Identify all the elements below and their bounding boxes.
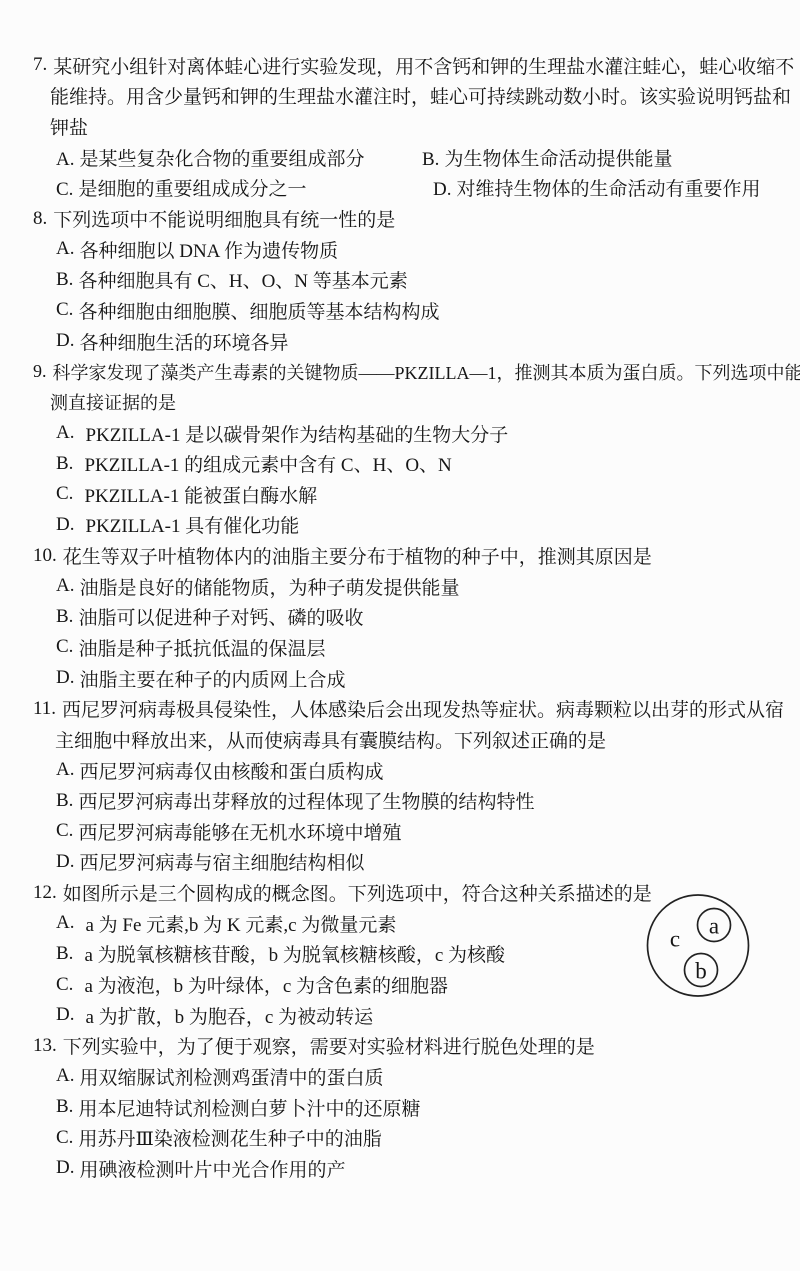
- option-text: 西尼罗河病毒能够在无机水环境中增殖: [78, 818, 401, 845]
- question-11-number: 11.: [33, 698, 56, 720]
- option-label: B.: [56, 453, 73, 475]
- question-7-stem-text: 某研究小组针对离体蛙心进行实验发现，用不含钙和钾的生理盐水灌注蛙心，蛙心收缩不: [53, 52, 794, 79]
- option-label: D.: [56, 1157, 74, 1179]
- option-text: a 为 Fe 元素,b 为 K 元素,c 为微量元素: [85, 910, 396, 937]
- question-10-stem-text: 花生等双子叶植物体内的油脂主要分布于植物的种子中，推测其原因是: [63, 542, 652, 569]
- question-7-option-c: C.是细胞的重要组成成分之一: [56, 174, 433, 201]
- question-13-option-c: C.用苏丹Ⅲ染液检测花生种子中的油脂: [0, 1122, 800, 1153]
- option-label: D.: [56, 1004, 74, 1026]
- option-label: C.: [56, 820, 73, 842]
- option-text: PKZILLA-1 的组成元素中含有 C、H、O、N: [84, 450, 451, 477]
- option-text: 用本尼迪特试剂检测白萝卜汁中的还原糖: [78, 1094, 420, 1121]
- option-text: 油脂是良好的储能物质，为种子萌发提供能量: [79, 573, 459, 600]
- question-11-option-c: C.西尼罗河病毒能够在无机水环境中增殖: [0, 816, 800, 847]
- question-10-option-d: D.油脂主要在种子的内质网上合成: [0, 663, 800, 694]
- question-8-number: 8.: [33, 208, 47, 230]
- question-7-number: 7.: [33, 54, 47, 76]
- question-10-number: 10.: [33, 545, 57, 567]
- option-label: A.: [56, 422, 74, 444]
- question-7-stem-line-3: 钾盐: [0, 111, 800, 142]
- question-8-option-c: C.各种细胞由细胞膜、细胞质等基本结构构成: [0, 295, 800, 326]
- option-text: 各种细胞以 DNA 作为遗传物质: [79, 236, 338, 263]
- question-9-stem-line-2: 测直接证据的是: [0, 387, 800, 418]
- option-text: 油脂是种子抵抗低温的保温层: [78, 634, 325, 661]
- option-label: D.: [56, 514, 74, 536]
- question-13-option-d: D.用碘液检测叶片中光合作用的产: [0, 1153, 800, 1184]
- question-13-stem-text: 下列实验中，为了便于观察，需要对实验材料进行脱色处理的是: [63, 1032, 595, 1059]
- question-8-option-a: A.各种细胞以 DNA 作为遗传物质: [0, 234, 800, 265]
- option-text: 对维持生物体的生命活动有重要作用: [456, 174, 760, 201]
- option-text: a 为扩散，b 为胞吞，c 为被动转运: [85, 1002, 373, 1029]
- option-label: A.: [56, 1065, 74, 1087]
- question-7: 7.某研究小组针对离体蛙心进行实验发现，用不含钙和钾的生理盐水灌注蛙心，蛙心收缩…: [0, 50, 800, 203]
- label-a: a: [709, 914, 719, 939]
- question-9-stem-line-1: 9.科学家发现了藻类产生毒素的关键物质——PKZILLA—1，推测其本质为蛋白质…: [0, 356, 800, 387]
- question-13-option-a: A.用双缩脲试剂检测鸡蛋清中的蛋白质: [0, 1061, 800, 1092]
- question-7-stem-line-2: 能维持。用含少量钙和钾的生理盐水灌注时，蛙心可持续跳动数小时。该实验说明钙盐和: [0, 81, 800, 112]
- question-7-options-row-2: C.是细胞的重要组成成分之一 D.对维持生物体的生命活动有重要作用: [0, 173, 800, 204]
- option-label: D.: [56, 667, 74, 689]
- option-label: D.: [433, 179, 451, 201]
- question-10-stem-line-1: 10.花生等双子叶植物体内的油脂主要分布于植物的种子中，推测其原因是: [0, 540, 800, 571]
- concept-circles-diagram: c a b: [645, 892, 751, 1000]
- question-7-stem-line-1: 7.某研究小组针对离体蛙心进行实验发现，用不含钙和钾的生理盐水灌注蛙心，蛙心收缩…: [0, 50, 800, 81]
- option-text: 西尼罗河病毒仅由核酸和蛋白质构成: [79, 757, 383, 784]
- option-label: A.: [56, 759, 74, 781]
- question-9: 9.科学家发现了藻类产生毒素的关键物质——PKZILLA—1，推测其本质为蛋白质…: [0, 356, 800, 540]
- option-label: B.: [56, 1096, 73, 1118]
- question-8-stem-line-1: 8.下列选项中不能说明细胞具有统一性的是: [0, 203, 800, 234]
- option-label: C.: [56, 483, 73, 505]
- question-11: 11.西尼罗河病毒极具侵染性，人体感染后会出现发热等症状。病毒颗粒以出芽的形式从…: [0, 693, 800, 877]
- option-label: A.: [56, 912, 74, 934]
- question-9-option-b: B.PKZILLA-1 的组成元素中含有 C、H、O、N: [0, 448, 800, 479]
- question-13-option-b: B.用本尼迪特试剂检测白萝卜汁中的还原糖: [0, 1092, 800, 1123]
- option-label: B.: [56, 943, 73, 965]
- option-label: A.: [56, 238, 74, 260]
- exam-page: 7.某研究小组针对离体蛙心进行实验发现，用不含钙和钾的生理盐水灌注蛙心，蛙心收缩…: [0, 0, 800, 1271]
- option-text: PKZILLA-1 是以碳骨架作为结构基础的生物大分子: [85, 420, 508, 447]
- option-text: 是细胞的重要组成成分之一: [78, 174, 306, 201]
- option-label: C.: [56, 974, 73, 996]
- question-10: 10.花生等双子叶植物体内的油脂主要分布于植物的种子中，推测其原因是 A.油脂是…: [0, 540, 800, 693]
- option-text: PKZILLA-1 能被蛋白酶水解: [84, 481, 317, 508]
- option-label: B.: [56, 606, 73, 628]
- option-label: B.: [422, 149, 439, 171]
- question-10-option-b: B.油脂可以促进种子对钙、磷的吸收: [0, 602, 800, 633]
- option-text: 各种细胞生活的环境各异: [79, 328, 288, 355]
- question-11-option-b: B.西尼罗河病毒出芽释放的过程体现了生物膜的结构特性: [0, 785, 800, 816]
- question-12-option-d: D.a 为扩散，b 为胞吞，c 为被动转运: [0, 1000, 800, 1031]
- label-b: b: [695, 959, 707, 984]
- question-7-option-a: A.是某些复杂化合物的重要组成部分: [56, 144, 422, 171]
- question-10-option-c: C.油脂是种子抵抗低温的保温层: [0, 632, 800, 663]
- question-7-options-row-1: A.是某些复杂化合物的重要组成部分 B.为生物体生命活动提供能量: [0, 142, 800, 173]
- option-text: 用碘液检测叶片中光合作用的产: [79, 1155, 345, 1182]
- option-label: C.: [56, 179, 73, 201]
- question-13: 13.下列实验中，为了便于观察，需要对实验材料进行脱色处理的是 A.用双缩脲试剂…: [0, 1031, 800, 1184]
- question-8-option-d: D.各种细胞生活的环境各异: [0, 326, 800, 357]
- option-text: 油脂主要在种子的内质网上合成: [79, 665, 345, 692]
- question-11-stem-line-2: 主细胞中释放出来，从而使病毒具有囊膜结构。下列叙述正确的是: [0, 724, 800, 755]
- question-11-option-a: A.西尼罗河病毒仅由核酸和蛋白质构成: [0, 755, 800, 786]
- option-text: 用双缩脲试剂检测鸡蛋清中的蛋白质: [79, 1063, 383, 1090]
- question-13-stem-line-1: 13.下列实验中，为了便于观察，需要对实验材料进行脱色处理的是: [0, 1031, 800, 1062]
- option-text: 为生物体生命活动提供能量: [444, 144, 672, 171]
- option-text: 油脂可以促进种子对钙、磷的吸收: [78, 603, 363, 630]
- question-11-stem-text: 西尼罗河病毒极具侵染性，人体感染后会出现发热等症状。病毒颗粒以出芽的形式从宿: [62, 695, 784, 722]
- option-text: PKZILLA-1 具有催化功能: [85, 511, 299, 538]
- label-c: c: [670, 927, 680, 952]
- exam-content: 7.某研究小组针对离体蛙心进行实验发现，用不含钙和钾的生理盐水灌注蛙心，蛙心收缩…: [0, 0, 800, 1184]
- venn-diagram-svg: c a b: [645, 892, 751, 1000]
- option-text: a 为脱氧核糖核苷酸，b 为脱氧核糖核酸，c 为核酸: [84, 940, 505, 967]
- option-label: D.: [56, 851, 74, 873]
- question-12-stem-text: 如图所示是三个圆构成的概念图。下列选项中，符合这种关系描述的是: [63, 879, 652, 906]
- option-text: 是某些复杂化合物的重要组成部分: [79, 144, 364, 171]
- question-11-stem-line-1: 11.西尼罗河病毒极具侵染性，人体感染后会出现发热等症状。病毒颗粒以出芽的形式从…: [0, 693, 800, 724]
- option-text: 用苏丹Ⅲ染液检测花生种子中的油脂: [78, 1124, 381, 1151]
- question-9-stem-text: 科学家发现了藻类产生毒素的关键物质——PKZILLA—1，推测其本质为蛋白质。下…: [53, 359, 800, 385]
- option-label: C.: [56, 1127, 73, 1149]
- question-9-option-d: D.PKZILLA-1 具有催化功能: [0, 510, 800, 541]
- question-7-option-b: B.为生物体生命活动提供能量: [422, 144, 672, 171]
- question-9-number: 9.: [33, 361, 47, 382]
- question-12-number: 12.: [33, 882, 57, 904]
- option-label: C.: [56, 636, 73, 658]
- option-text: 各种细胞具有 C、H、O、N 等基本元素: [78, 266, 407, 293]
- option-label: B.: [56, 269, 73, 291]
- option-label: C.: [56, 299, 73, 321]
- question-13-number: 13.: [33, 1035, 57, 1057]
- question-8-option-b: B.各种细胞具有 C、H、O、N 等基本元素: [0, 264, 800, 295]
- option-label: A.: [56, 149, 74, 171]
- question-10-option-a: A.油脂是良好的储能物质，为种子萌发提供能量: [0, 571, 800, 602]
- option-text: 各种细胞由细胞膜、细胞质等基本结构构成: [78, 297, 439, 324]
- question-11-option-d: D.西尼罗河病毒与宿主细胞结构相似: [0, 847, 800, 878]
- question-8: 8.下列选项中不能说明细胞具有统一性的是 A.各种细胞以 DNA 作为遗传物质 …: [0, 203, 800, 356]
- option-text: a 为液泡，b 为叶绿体，c 为含色素的细胞器: [84, 971, 448, 998]
- option-text: 西尼罗河病毒与宿主细胞结构相似: [79, 848, 364, 875]
- option-text: 西尼罗河病毒出芽释放的过程体现了生物膜的结构特性: [78, 787, 534, 814]
- question-9-option-c: C.PKZILLA-1 能被蛋白酶水解: [0, 479, 800, 510]
- option-label: D.: [56, 330, 74, 352]
- question-9-option-a: A.PKZILLA-1 是以碳骨架作为结构基础的生物大分子: [0, 418, 800, 449]
- question-8-stem-text: 下列选项中不能说明细胞具有统一性的是: [53, 205, 395, 232]
- option-label: B.: [56, 790, 73, 812]
- option-label: A.: [56, 575, 74, 597]
- question-7-option-d: D.对维持生物体的生命活动有重要作用: [433, 174, 761, 201]
